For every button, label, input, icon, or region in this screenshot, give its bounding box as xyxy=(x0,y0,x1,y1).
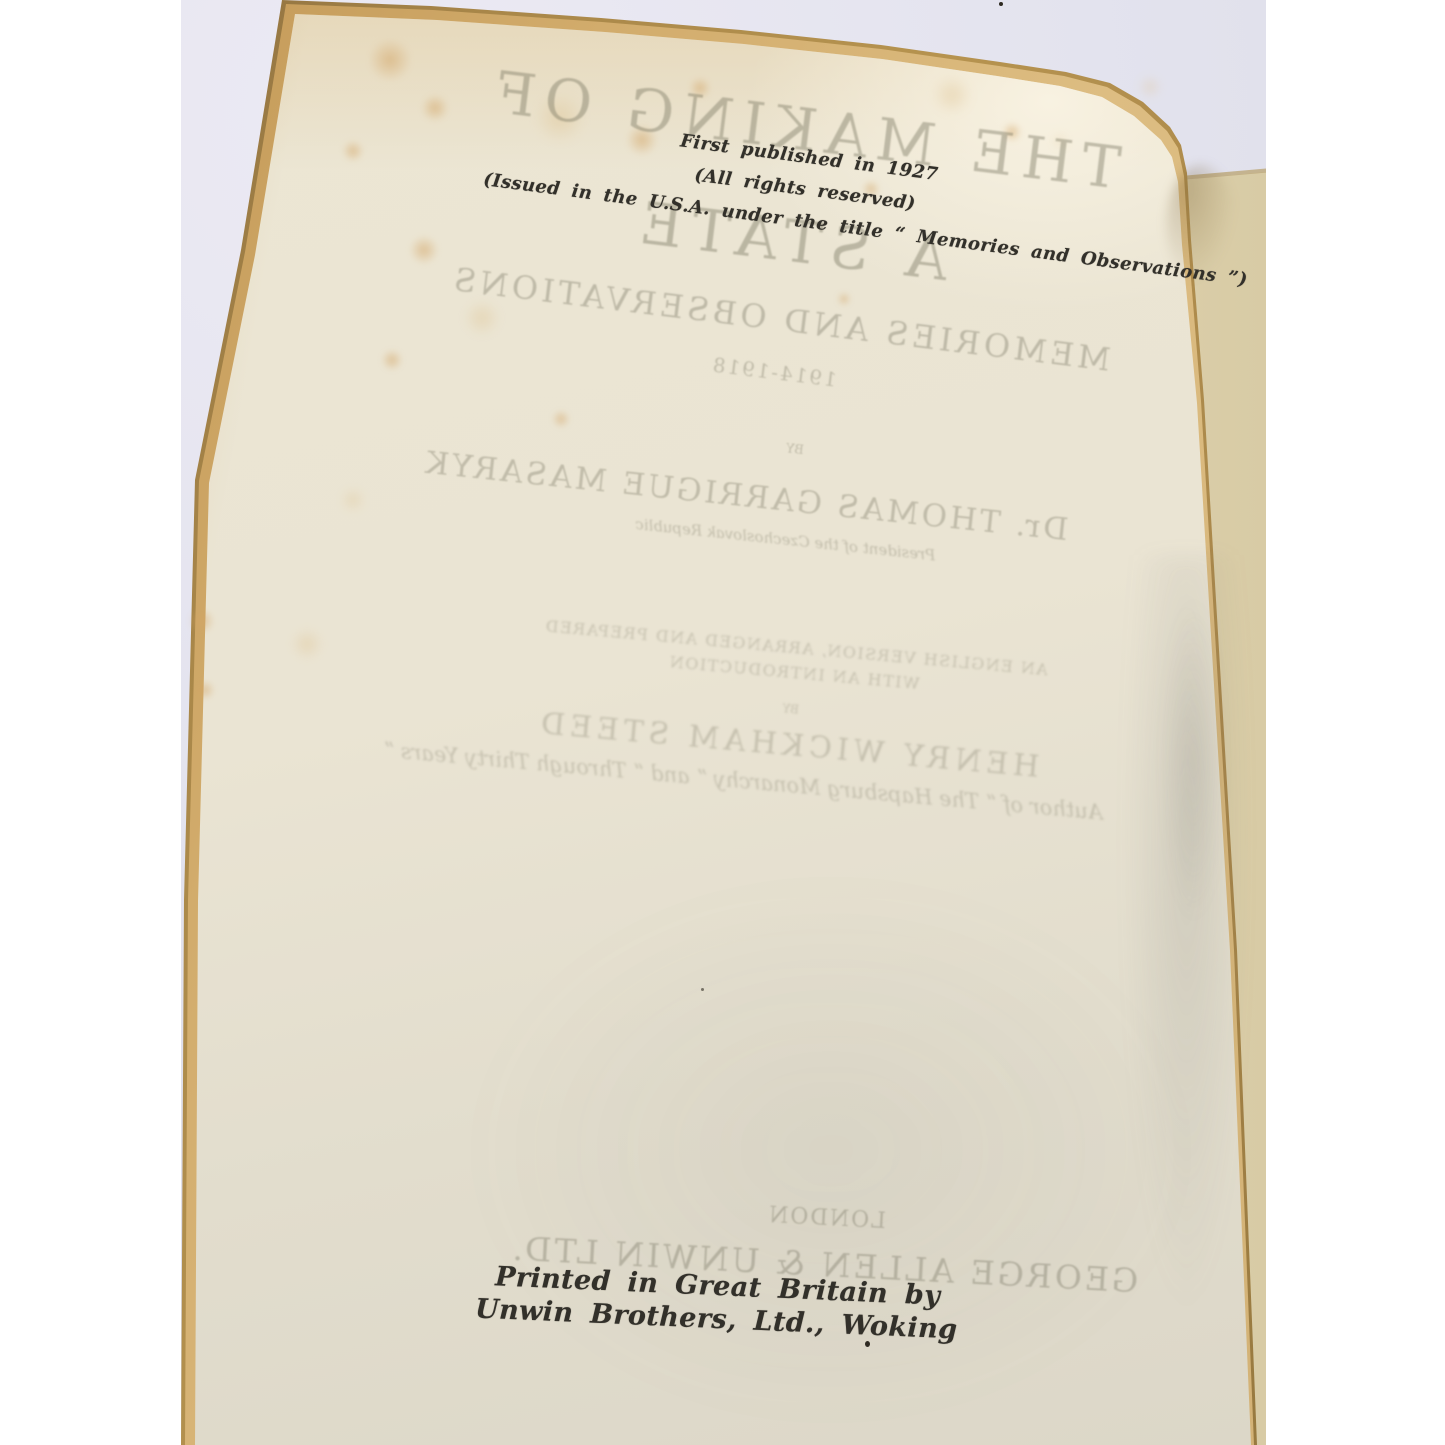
book-photo-listing: THE MAKING OF A STATE MEMORIES AND OBSER… xyxy=(0,0,1445,1445)
foxing-spot xyxy=(381,349,403,371)
photograph: THE MAKING OF A STATE MEMORIES AND OBSER… xyxy=(181,0,1266,1445)
foxing-spot xyxy=(409,235,439,265)
foxing-spot xyxy=(932,75,972,115)
foxing-spot xyxy=(421,94,449,122)
ink-speck xyxy=(701,988,704,991)
page-wear-streak xyxy=(1161,595,1226,925)
foxing-spot xyxy=(189,608,215,634)
foxing-spot xyxy=(342,140,364,162)
foxing-spot xyxy=(341,488,365,512)
foxing-spot xyxy=(1139,76,1161,98)
foxing-spot xyxy=(368,38,412,82)
ink-speck xyxy=(999,2,1003,6)
foxing-spot xyxy=(291,628,323,660)
foxing-spot xyxy=(195,680,215,700)
